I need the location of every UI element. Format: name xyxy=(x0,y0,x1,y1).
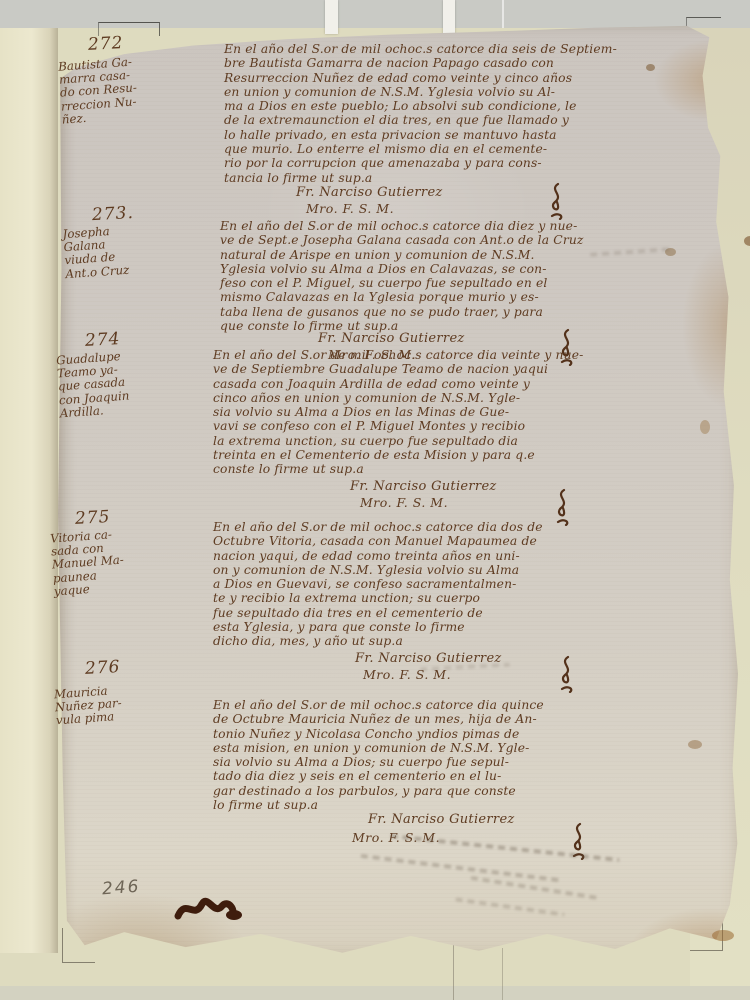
pencil-corner-mark xyxy=(686,17,721,30)
entry-body-text: En el año del S.or de mil ochoc.s catorc… xyxy=(224,42,704,185)
entry-number: 276 xyxy=(85,657,121,679)
folio-number-pencil: 246 xyxy=(101,877,141,900)
entry-number: 273. xyxy=(92,203,135,225)
ink-blot-mark xyxy=(172,892,248,926)
entry-margin-note: Guadalupe Teamo ya- que casada con Joaqu… xyxy=(56,350,131,421)
signature-name: Fr. Narciso Gutierrez xyxy=(350,479,497,494)
backing-seam xyxy=(502,0,504,28)
signature-name: Fr. Narciso Gutierrez xyxy=(368,812,515,827)
signature-title: Mro. F. S. M. xyxy=(360,495,448,510)
entry-margin-note: Bautista Ga- marra casa- do con Resu- rr… xyxy=(58,55,139,126)
signature-rubric xyxy=(546,182,568,220)
entry-number: 275 xyxy=(75,507,111,529)
signature-name: Fr. Narciso Gutierrez xyxy=(318,331,465,346)
entry-body-text: En el año del S.or de mil ochoc.s catorc… xyxy=(220,219,700,333)
pencil-line-mark xyxy=(453,938,454,1000)
entry-margin-note: Josepha Galana viuda de Ant.o Cruz xyxy=(62,224,129,281)
signature-title: Mro. F. S. M. xyxy=(306,201,394,216)
entry-margin-note: Vitoria ca- sada con Manuel Ma- paunea y… xyxy=(50,528,126,599)
entry-number: 272 xyxy=(88,33,124,55)
paper-stain xyxy=(744,236,750,246)
paper-stain xyxy=(700,420,710,434)
signature-name: Fr. Narciso Gutierrez xyxy=(296,185,443,200)
photo-background-bottom xyxy=(0,986,750,1000)
entry-number: 274 xyxy=(85,329,121,351)
pencil-line-mark xyxy=(502,948,503,1000)
adjacent-page-edge xyxy=(0,28,58,953)
mounting-tab xyxy=(325,0,338,34)
entry-body-text: En el año del S.or de mil ochoc.s catorc… xyxy=(213,348,693,477)
paper-stain xyxy=(712,930,734,941)
entry-margin-note: Mauricia Nuñez par- vula pima xyxy=(54,684,123,728)
entry-body-text: En el año del S.or de mil ochoc.s catorc… xyxy=(213,698,693,812)
signature-rubric xyxy=(556,655,578,693)
entry-body-text: En el año del S.or de mil ochoc.s catorc… xyxy=(213,520,693,649)
manuscript-photo: 272 Bautista Ga- marra casa- do con Resu… xyxy=(0,0,750,1000)
